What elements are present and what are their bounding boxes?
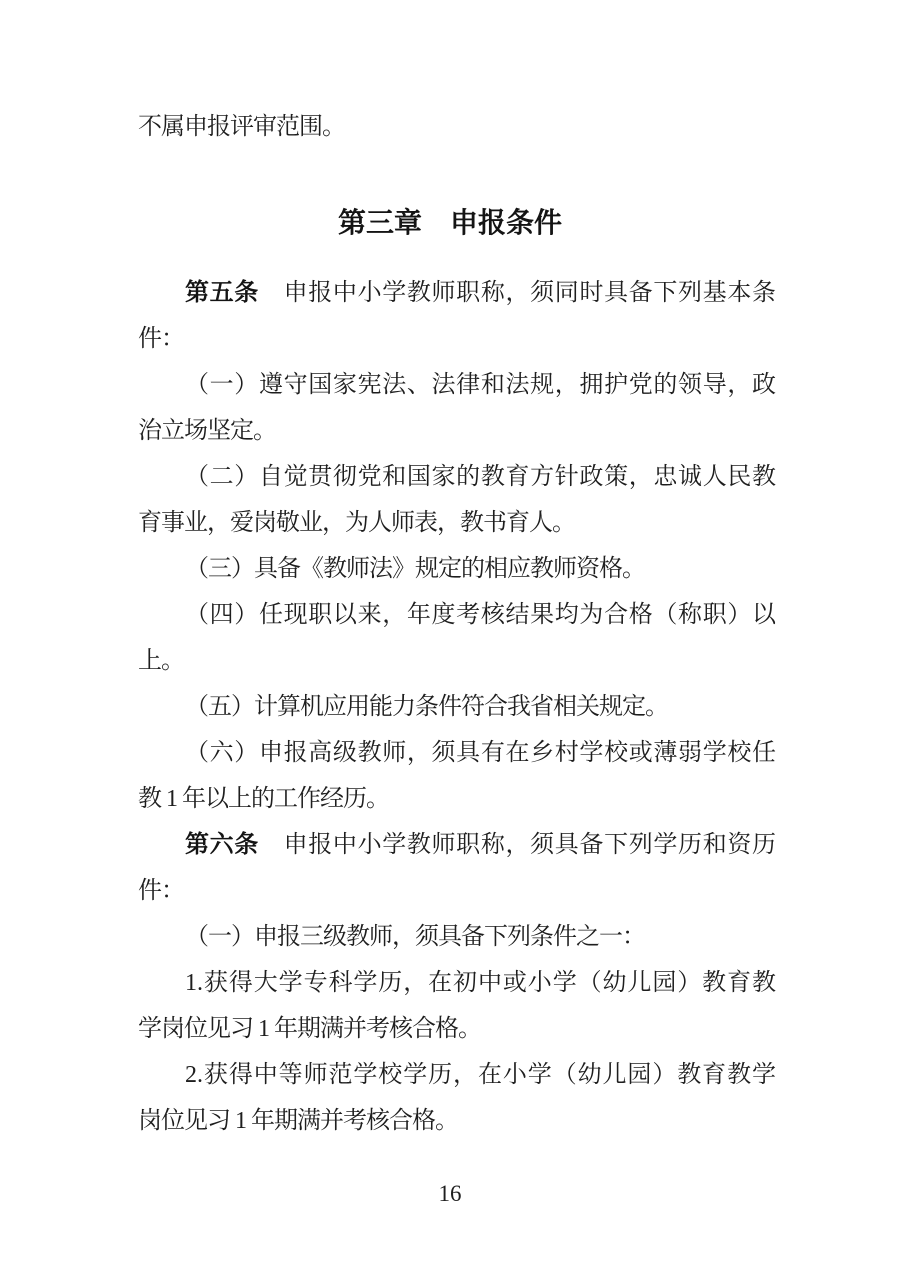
text-line-content: 上。 <box>138 648 184 674</box>
text-line-content: （三）具备《教师法》规定的相应教师资格。 <box>185 556 645 582</box>
text-line: 岗位见习 1 年期满并考核合格。 <box>138 1098 776 1144</box>
text-line: 第五条 申报中小学教师职称，须同时具备下列基本条 <box>138 270 776 316</box>
text-line: 第六条 申报中小学教师职称，须具备下列学历和资历条 <box>138 822 776 868</box>
text-line: （二）自觉贯彻党和国家的教育方针政策，忠诚人民教 <box>138 454 776 500</box>
text-line: 教 1 年以上的工作经历。 <box>138 776 776 822</box>
body-text-line: 不属申报评审范围。 <box>138 104 776 150</box>
text-line: 育事业，爱岗敬业，为人师表，教书育人。 <box>138 500 776 546</box>
text-line-content: （一）申报三级教师，须具备下列条件之一： <box>185 924 645 950</box>
text-line: 件： <box>138 316 776 362</box>
text-line-content: 申报中小学教师职称，须同时具备下列基本条 <box>259 280 776 306</box>
text-line: （三）具备《教师法》规定的相应教师资格。 <box>138 546 776 592</box>
text-line-content: 教 1 年以上的工作经历。 <box>138 786 389 812</box>
article-number: 第六条 <box>185 831 259 858</box>
text-line: 学岗位见习 1 年期满并考核合格。 <box>138 1006 776 1052</box>
text-line-content: 学岗位见习 1 年期满并考核合格。 <box>138 1016 481 1042</box>
text-line-content: 件： <box>138 878 184 904</box>
text-line-content: 治立场坚定。 <box>138 418 276 444</box>
text-line-content: 件： <box>138 326 184 352</box>
article-number: 第五条 <box>185 279 259 306</box>
text-line-content: （六）申报高级教师，须具有在乡村学校或薄弱学校任 <box>185 740 776 766</box>
text-line: （四）任现职以来，年度考核结果均为合格（称职）以 <box>138 592 776 638</box>
text-line-content: 岗位见习 1 年期满并考核合格。 <box>138 1108 458 1134</box>
text-line-content: 1.获得大学专科学历，在初中或小学（幼儿园）教育教 <box>185 970 776 996</box>
chapter-heading: 第三章 申报条件 <box>0 198 900 248</box>
text-line: 治立场坚定。 <box>138 408 776 454</box>
text-line: 2.获得中等师范学校学历，在小学（幼儿园）教育教学 <box>138 1052 776 1098</box>
text-line-content: 申报中小学教师职称，须具备下列学历和资历条 <box>185 832 776 868</box>
text-line: （一）申报三级教师，须具备下列条件之一： <box>138 914 776 960</box>
text-line: （一）遵守国家宪法、法律和法规，拥护党的领导，政 <box>138 362 776 408</box>
text-line: 上。 <box>138 638 776 684</box>
document-page: 不属申报评审范围。 第三章 申报条件 第五条 申报中小学教师职称，须同时具备下列… <box>0 0 900 1273</box>
text-line-content: （四）任现职以来，年度考核结果均为合格（称职）以 <box>185 602 776 628</box>
text-line: （五）计算机应用能力条件符合我省相关规定。 <box>138 684 776 730</box>
text-line: （六）申报高级教师，须具有在乡村学校或薄弱学校任 <box>138 730 776 776</box>
page-number: 16 <box>0 1178 900 1210</box>
text-line: 1.获得大学专科学历，在初中或小学（幼儿园）教育教 <box>138 960 776 1006</box>
text-line-content: （五）计算机应用能力条件符合我省相关规定。 <box>185 694 668 720</box>
text-line-content: 2.获得中等师范学校学历，在小学（幼儿园）教育教学 <box>185 1062 776 1088</box>
text-line-content: （一）遵守国家宪法、法律和法规，拥护党的领导，政 <box>185 372 776 398</box>
text-line-content: （二）自觉贯彻党和国家的教育方针政策，忠诚人民教 <box>185 464 776 490</box>
text-line: 件： <box>138 868 776 914</box>
text-line-content: 育事业，爱岗敬业，为人师表，教书育人。 <box>138 510 575 536</box>
article-text-block: 第五条 申报中小学教师职称，须同时具备下列基本条 件： （一）遵守国家宪法、法律… <box>138 270 776 1144</box>
